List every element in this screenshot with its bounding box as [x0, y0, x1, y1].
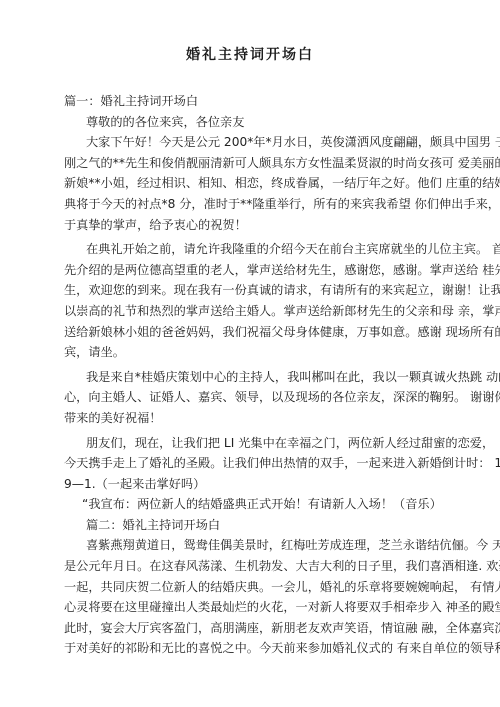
- text-line: 朋友们，现在，让我们把 LI 光集中在幸福之门，两位新人经过甜蜜的恋爱，: [64, 433, 442, 454]
- text-line: 心灵将要在这里碰撞出人类最灿烂的火花，一对新人将要双手相牵步入 神圣的殿堂。: [64, 597, 442, 618]
- document-body: 篇一：婚礼主持词开场白 尊敬的的各位来宾，各位亲友 大家下午好！今天是公元 20…: [64, 91, 442, 659]
- text-line: 一起，共同庆贺二位新人的结婚庆典。一会儿，婚礼的乐章将要婉婉响起， 有情人的: [64, 577, 442, 598]
- text-line: 今天携手走上了婚礼的圣殿。让我们伸出热情的双手，一起来进入新婚倒计时： 10-: [64, 453, 442, 474]
- paragraph: 喜紫燕翔黄道日，鸳鸯佳偶美景时，红梅吐芳成连理，芝兰永谐结伉俪。今 天 是公元年…: [64, 535, 442, 659]
- document-title: 婚礼主持词开场白: [0, 44, 500, 64]
- section-heading: 篇一：婚礼主持词开场白: [64, 91, 442, 112]
- text-line: 是公元年月日。在这春风荡漾、生机勃发、大吉大利的日子里，我们喜酒相逢. 欢聚: [64, 556, 442, 577]
- document-page: 婚礼主持词开场白 篇一：婚礼主持词开场白 尊敬的的各位来宾，各位亲友 大家下午好…: [0, 0, 500, 707]
- text-line: 喜紫燕翔黄道日，鸳鸯佳偶美景时，红梅吐芳成连理，芝兰永谐结伉俪。今 天: [64, 535, 442, 556]
- text-line: 我是来自*桂婚庆策划中心的主持人，我叫郴叫在此，我以一颗真诚火热跳 动的: [64, 367, 442, 388]
- text-line: 送给新娘林小姐的爸爸妈妈，我们祝福父母身体健康，万事如意。感谢 现场所有的来: [64, 322, 442, 343]
- text-line: 9—1.（一起来击掌好吗）: [64, 474, 442, 495]
- text-line: 此时，宴会大厅宾客盈门，高朋满座，新朋老友欢声笑语，情谊融 融，全体嘉宾沉浸: [64, 618, 442, 639]
- text-line: 刚之气的**先生和俊俏靓丽清新可人颇具东方女性温柔贤淑的时尚女孩可 爱美丽的: [64, 153, 442, 174]
- text-line: 新娘**小姐，经过相识、相知、相恋，终成眷属，一结厅年之好。他们 庄重的结婚庆: [64, 173, 442, 194]
- text-line: 大家下午好！今天是公元 200*年*月水日，英俊潇洒风度翩翩，颇具中国男 子阳: [64, 132, 442, 153]
- text-line: 以崇高的礼节和热烈的掌声送给主婚人。掌声送给新郎材先生的父亲和母 亲，掌声: [64, 301, 442, 322]
- text-line: 先介绍的是两位德高望重的老人，掌声送给材先生，感谢您，感谢。掌声送给 桂先: [64, 260, 442, 281]
- text-line: 心，向主婚人、证婚人、嘉宾、领导，以及现场的各位亲友，深深的鞠躬。 谢谢你们: [64, 387, 442, 408]
- text-line: 生，欢迎您的到来。现在我有一份真诚的请求，有请所有的来宾起立，谢谢！让我们: [64, 280, 442, 301]
- salutation: 尊敬的的各位来宾，各位亲友: [64, 112, 442, 133]
- paragraph: 大家下午好！今天是公元 200*年*月水日，英俊潇洒风度翩翩，颇具中国男 子阳 …: [64, 132, 442, 235]
- paragraph: 朋友们，现在，让我们把 LI 光集中在幸福之门，两位新人经过甜蜜的恋爱， 今天携…: [64, 433, 442, 495]
- text-line: 于真挚的掌声，给予衷心的祝贺！: [64, 215, 442, 236]
- text-line: 典将于今天的衬点*8 分，准时于**隆重举行，所有的来宾我希望 你们伸出手来，给: [64, 194, 442, 215]
- text-line: 带来的美好祝福！: [64, 408, 442, 429]
- announcement-line: “我宣布：两位新人的结婚盛典正式开始！有请新人入场！（音乐）: [64, 494, 442, 515]
- paragraph: 我是来自*桂婚庆策划中心的主持人，我叫郴叫在此，我以一颗真诚火热跳 动的 心，向…: [64, 367, 442, 429]
- section-heading: 篇二：婚礼主持词开场白: [64, 515, 442, 536]
- text-line: 在典礼开始之前，请允许我隆重的介绍今天在前台主宾席就坐的儿位主宾。 首: [64, 239, 442, 260]
- text-line: 于对美好的祁盼和无比的喜悦之中。今天前来参加婚礼仪式的 有来自单位的领导和: [64, 638, 442, 659]
- text-line: 宾，请坐。: [64, 342, 442, 363]
- paragraph: 在典礼开始之前，请允许我隆重的介绍今天在前台主宾席就坐的儿位主宾。 首 先介绍的…: [64, 239, 442, 363]
